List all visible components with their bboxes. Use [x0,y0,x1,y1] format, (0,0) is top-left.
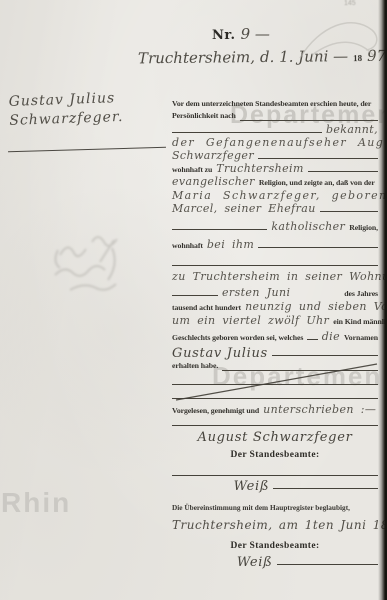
blank-rule [272,355,378,356]
nr-value: 9 — [241,25,270,43]
form-line: Geschlechts geboren worden sei, welchesd… [172,330,378,342]
form-line: zu Truchtersheim in seiner Wohnung [172,270,378,282]
form-line: Vor dem unterzeichneten Standesbeamten e… [172,99,378,111]
form-line: Schwarzfeger [172,149,378,161]
printed-text: wohnhaft [172,241,203,250]
margin-underline [8,147,166,152]
blank-rule [277,564,378,565]
printed-text: des Jahres [344,289,378,298]
blank-rule [172,265,378,266]
printed-text: Persönlichkeit nach [172,111,236,120]
printed-text: Die Übereinstimmung mit dem Hauptregiste… [172,503,350,512]
faint-page-number: 145 [344,0,356,7]
form-line: wohnhaftbei ihm [172,238,378,250]
form-line: ersten Junides Jahres [172,286,378,298]
handwritten-text: Truchtersheim [216,162,304,175]
form-line: Truchtersheim, am 1ten Juni 1897. [172,518,378,530]
handwritten-text: katholischer [271,220,345,233]
printed-text: tausend acht hundert [172,303,241,312]
form-line: der Gefangenenaufseher August [172,136,378,148]
document-page: Departemen Departemen Rhin 145 Nr. 9 — T… [0,0,387,600]
place-handwritten: Truchtersheim, [138,48,255,67]
printed-text: Der Standesbeamte: [230,450,319,460]
form-line: tausend acht hundertneunzig und sieben V… [172,300,378,312]
handwritten-text: die [322,330,340,343]
blank-rule [222,370,378,371]
printed-text: Religion, und zeigte an, daß von der [259,178,375,187]
blank-rule [172,425,378,426]
printed-text: Vornamen [344,333,378,342]
blank-rule [240,120,378,121]
handwritten-text: ersten Juni [222,286,290,299]
form-line [172,375,378,387]
form-line [172,416,378,428]
form-line: Gustav Julius [172,346,378,358]
form-line: Weiß [172,555,378,567]
form-line: Marcel, seiner Ehefrau [172,202,378,214]
printed-text: Vorgelesen, genehmigt und [172,406,259,415]
record-number-line: Nr. 9 — [212,25,270,43]
blank-rule [258,158,378,159]
printed-text: Vor dem unterzeichneten Standesbeamten e… [172,99,371,108]
margin-name-note: Gustav Julius Schwarzfeger. [8,87,174,131]
form-line [172,389,378,401]
registrar-signature: Weiß [237,555,273,570]
handwritten-text: unterschrieben :— [263,403,376,416]
registrar-signature: Weiß [234,479,270,494]
printed-text: erhalten habe. [172,361,218,370]
blank-rule [172,229,267,230]
form-line: Maria Schwarzfeger, geborenen [172,189,378,201]
blank-rule [273,488,378,489]
watermark-rhin: Rhin [1,487,71,519]
form-line: Weiß [172,479,378,491]
scan-edge [378,0,387,600]
blank-rule [258,247,378,248]
form-line: wohnhaft zuTruchtersheim [172,162,378,174]
handwritten-text: Truchtersheim, am 1ten Juni 1897. [172,518,387,532]
blank-rule [307,339,317,340]
handwritten-text: Maria Schwarzfeger, geborenen [172,189,387,202]
form-line: katholischerReligion, [172,220,378,232]
form-line [172,256,378,268]
handwritten-text: neunzig und sieben Vormittags [245,300,387,313]
form-line: evangelischerReligion, und zeigte an, da… [172,175,378,187]
blank-rule [308,171,378,172]
form-line [172,466,378,478]
form-line: Der Standesbeamte: [172,541,378,553]
handwritten-text: der Gefangenenaufseher August [172,136,387,149]
form-line: erhalten habe. [172,361,378,373]
handwritten-text: Schwarzfeger [172,149,254,162]
form-line: um ein viertel zwölf Uhrein Kind männlic… [172,314,378,326]
form-line: bekannt, [172,123,378,135]
blank-rule [320,211,378,212]
place-date-line: Truchtersheim, d. 1. Juni — 18 97. [138,47,387,68]
handwritten-text: Gustav Julius [172,346,268,361]
blank-rule [172,295,218,296]
blank-rule [172,384,378,385]
handwritten-text: Marcel, seiner Ehefrau [172,202,316,215]
nr-label: Nr. [212,28,236,43]
form-line: Der Standesbeamte: [172,450,378,462]
blank-rule [172,132,322,133]
handwritten-text: zu Truchtersheim in seiner Wohnung [172,270,387,283]
blank-rule [172,398,378,399]
handwritten-text: bekannt, [326,123,378,136]
printed-text: Geschlechts geboren worden sei, welches [172,333,303,342]
form-line: Vorgelesen, genehmigt undunterschrieben … [172,403,378,415]
handwritten-text: evangelischer [172,175,255,188]
handwritten-text: um ein viertel zwölf Uhr [172,314,329,327]
printed-text: wohnhaft zu [172,165,212,174]
declarant-signature: August Schwarzfeger [197,430,352,445]
form-line: Persönlichkeit nach [172,111,378,123]
date-handwritten: d. 1. Juni — [260,47,348,66]
form-line: Die Übereinstimmung mit dem Hauptregiste… [172,503,378,515]
ink-offset-ghost [55,237,117,290]
blank-rule [172,475,378,476]
printed-text: Der Standesbeamte: [230,541,319,551]
handwritten-text: bei ihm [207,238,254,251]
form-line: August Schwarzfeger [172,430,378,442]
printed-text: Religion, [349,223,378,232]
year-printed-prefix: 18 [353,53,362,63]
